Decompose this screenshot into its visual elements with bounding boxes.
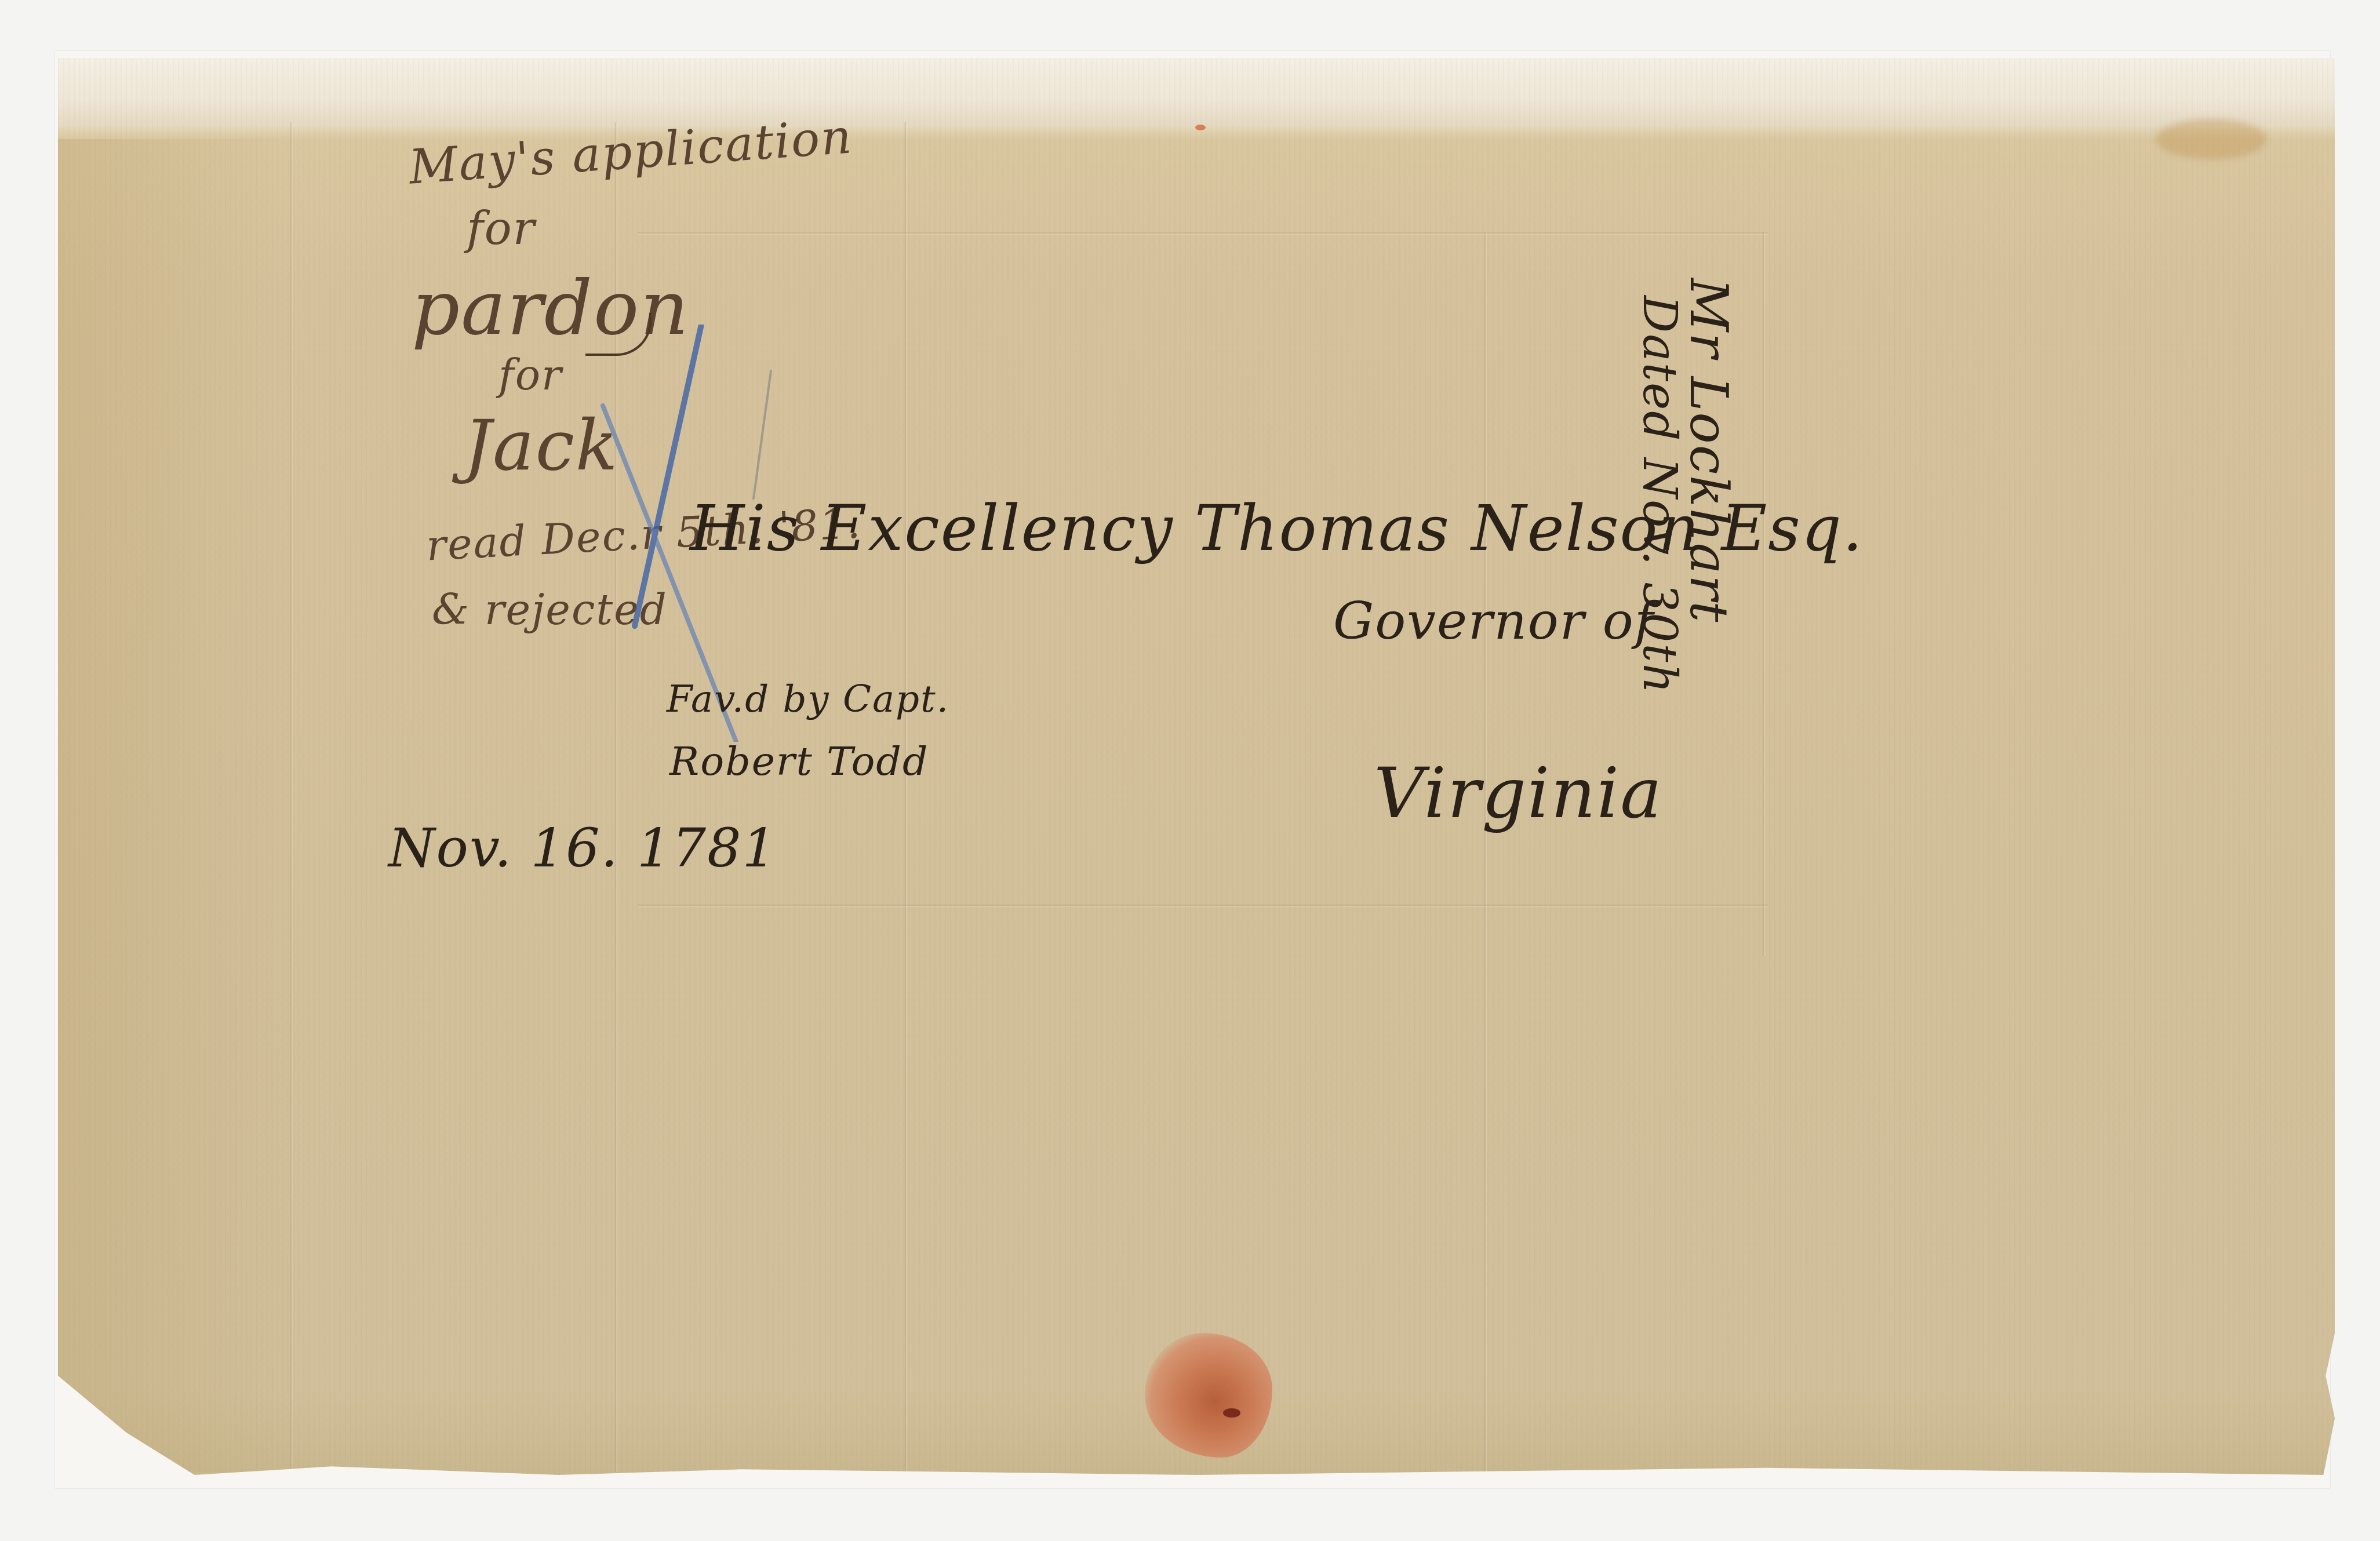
fold-line [1484, 232, 1487, 1472]
docket-date: Nov. 16. 1781 [388, 817, 777, 879]
wax-fleck [1195, 125, 1206, 130]
fold-line [638, 904, 1768, 908]
fold-line [904, 122, 908, 1472]
edge-stain [58, 139, 301, 1472]
paper-texture [58, 58, 2335, 1475]
endorsement-line-4: for [498, 351, 562, 399]
wax-seal-dark-spot [1223, 1408, 1240, 1418]
vertical-note-line-2: Dated Nov. 30th [1633, 296, 1687, 694]
foxing-stain [2156, 119, 2266, 159]
endorsement-line-2: for [467, 203, 536, 255]
address-line-2: Governor of [1333, 591, 1654, 651]
letter-paper [58, 58, 2335, 1475]
vertical-note-line-1: Mr Lockhart [1678, 278, 1739, 624]
fold-line [638, 232, 1768, 235]
fold-line [290, 122, 293, 1472]
favoured-by-line-1: Fav.d by Capt. [667, 678, 949, 721]
fold-line [1762, 232, 1766, 956]
address-line-3: Virginia [1374, 753, 1663, 834]
favoured-by-line-2: Robert Todd [669, 739, 929, 785]
